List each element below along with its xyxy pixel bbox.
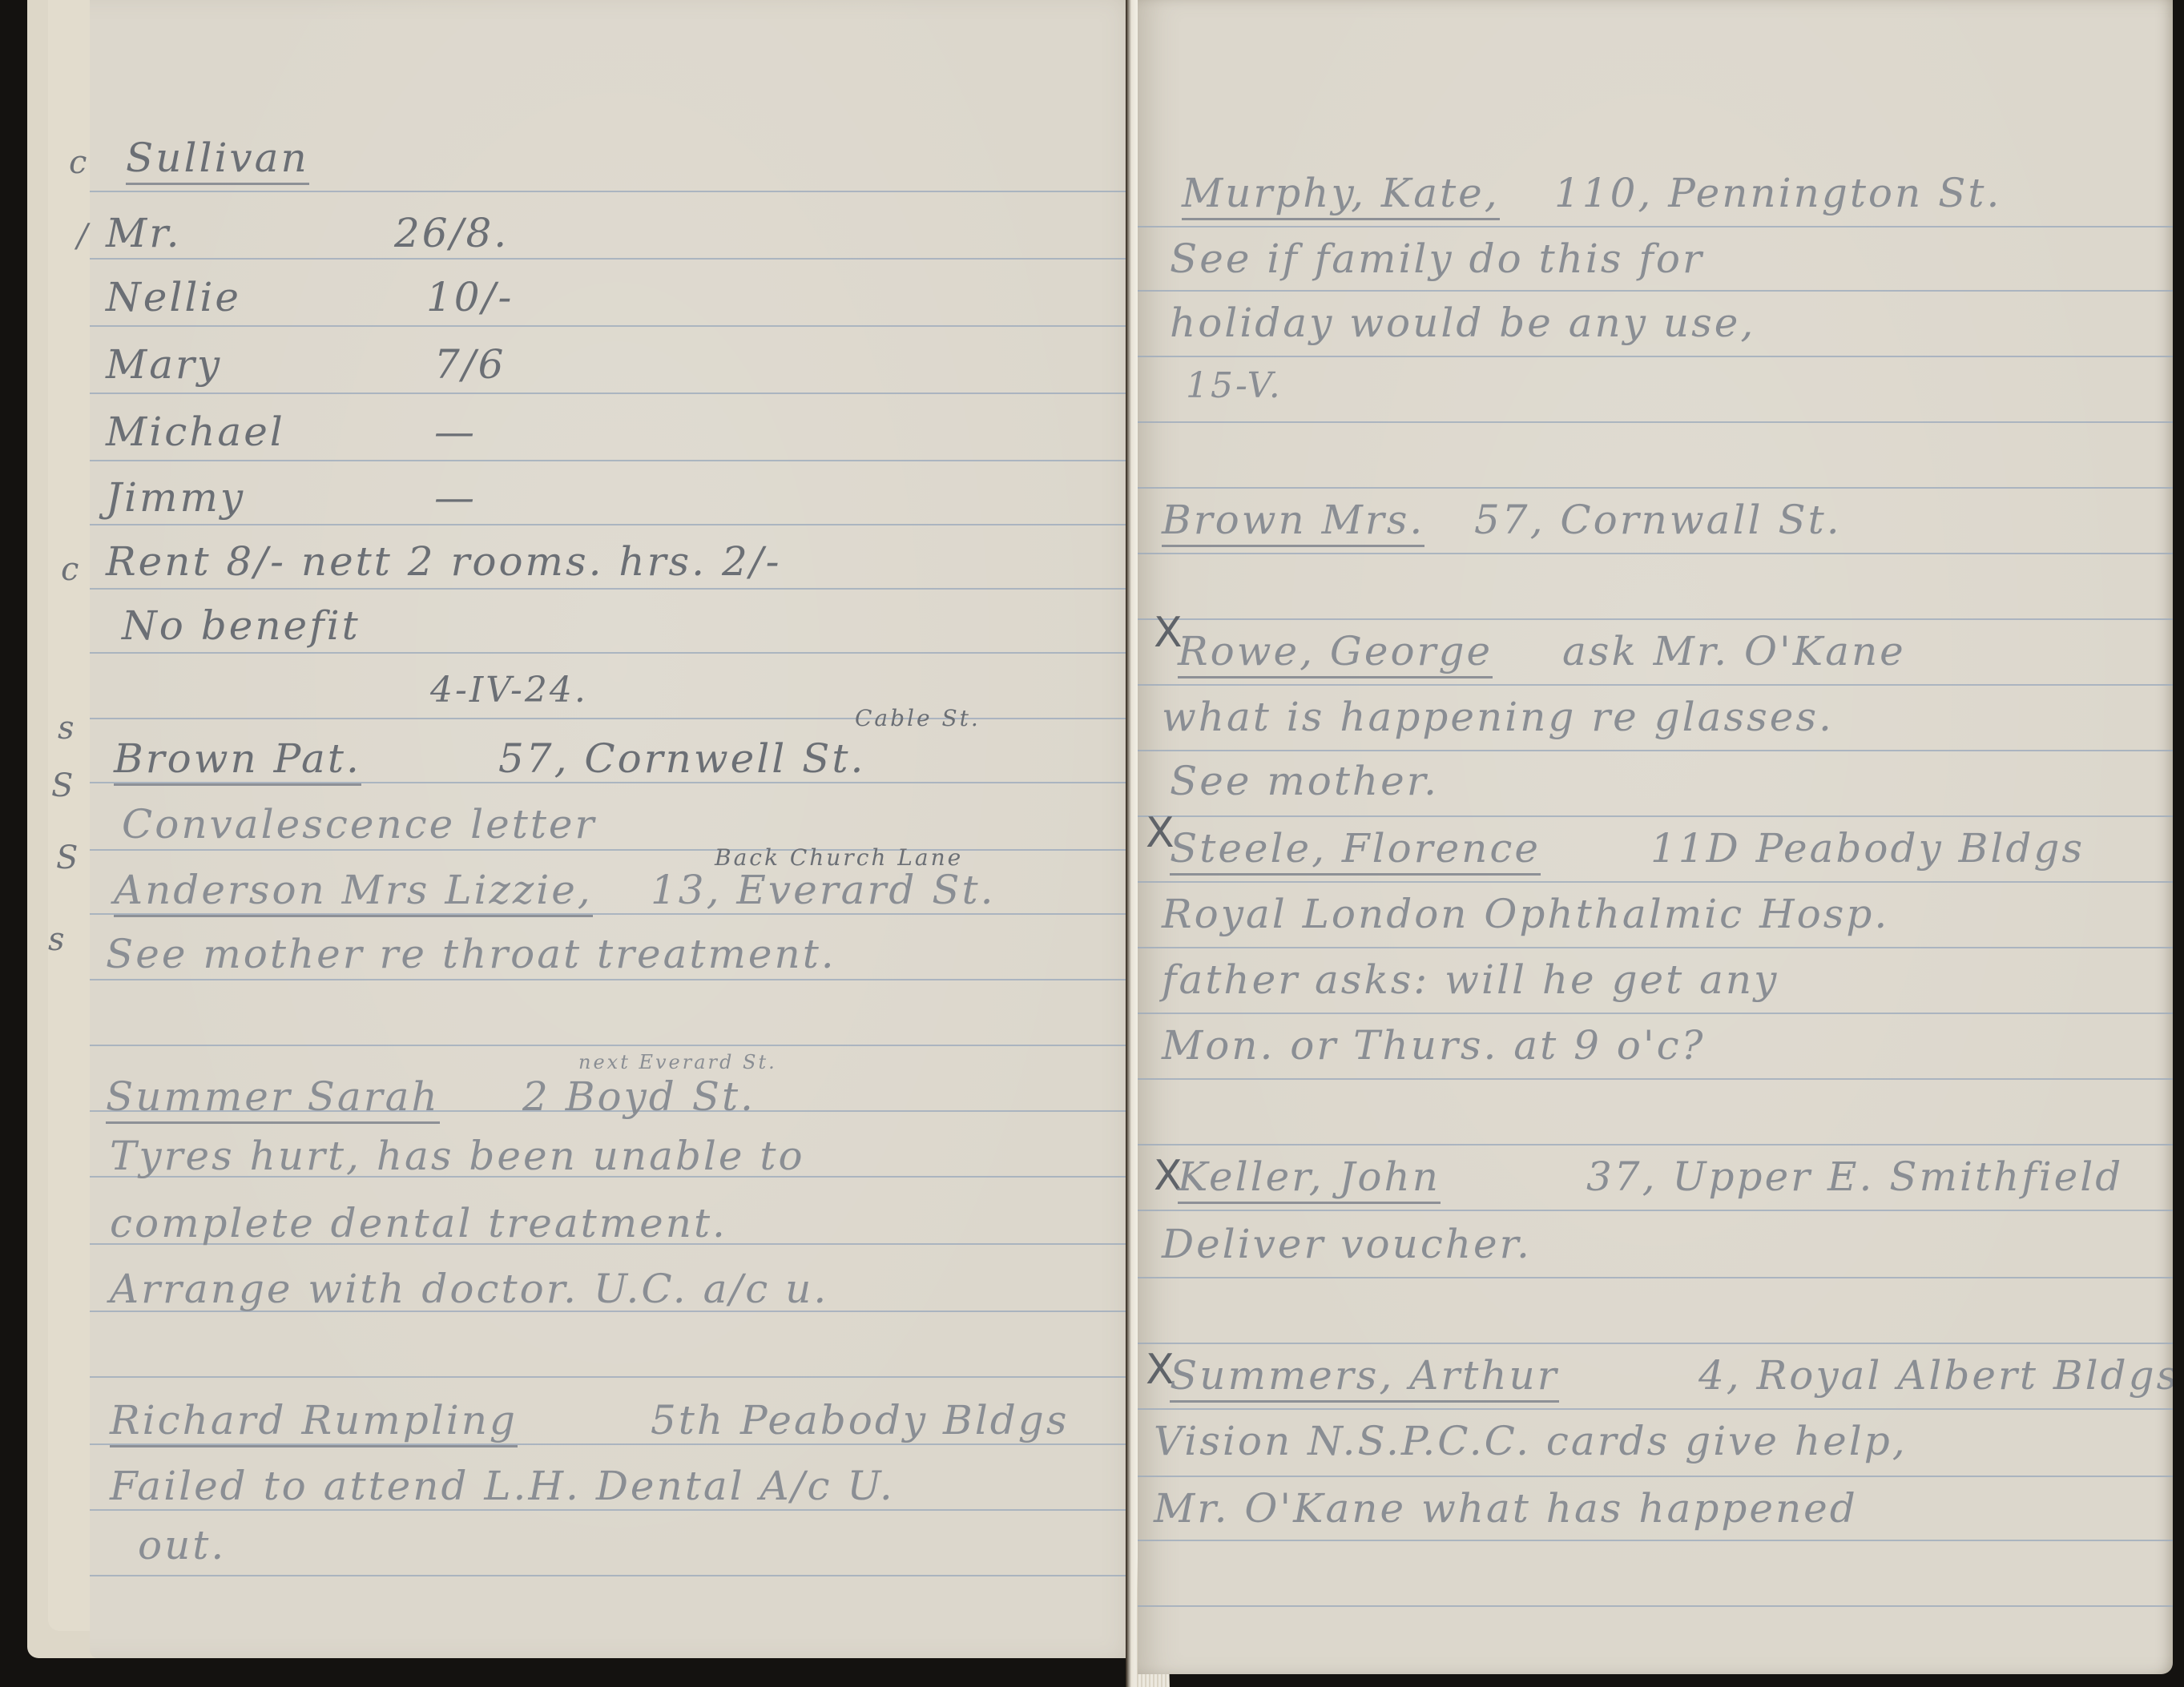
ruled-line (1138, 1540, 2173, 1541)
ruled-line (90, 393, 1146, 394)
margin-mark: / (77, 218, 87, 255)
ruled-line (90, 1045, 1146, 1046)
entry-date: 15-V. (1186, 365, 1283, 406)
entry-note: See if family do this for (1170, 236, 1704, 282)
entry-heading-sullivan: Sullivan (126, 135, 309, 185)
ruled-line (90, 460, 1146, 461)
address-insert: next Everard St. (578, 1051, 777, 1073)
ruled-line (1138, 1210, 2173, 1211)
entry-heading-rowe-george: Rowe, George (1178, 628, 1493, 678)
entry-note: Deliver voucher. (1162, 1221, 1532, 1267)
entry-note: Mon. or Thurs. at 9 o'c? (1162, 1022, 1705, 1069)
entry-note: Mr. O'Kane what has happened (1154, 1485, 1858, 1532)
entry-address: 37, Upper E. Smithfield (1586, 1154, 2123, 1200)
ruled-line (1138, 290, 2173, 292)
entry-note: Failed to attend L.H. Dental A/c U. (110, 1463, 895, 1509)
entry-date: 4-IV-24. (430, 670, 588, 711)
family-member-amount: 10/- (426, 274, 514, 320)
entry-note: Arrange with doctor. U.C. a/c u. (110, 1266, 828, 1312)
entry-address: 11D Peabody Bldgs (1650, 825, 2085, 872)
ruled-line (1138, 1144, 2173, 1145)
entry-address: 13, Everard St. (651, 867, 996, 913)
ruled-line (1138, 1013, 2173, 1014)
rent-note: Rent 8/- nett 2 rooms. hrs. 2/- (106, 538, 782, 585)
entry-note: Tyres hurt, has been unable to (110, 1133, 805, 1179)
ruled-line (90, 588, 1146, 590)
ruled-line (90, 979, 1146, 980)
margin-mark: S (51, 767, 73, 804)
ruled-line (1138, 1078, 2173, 1080)
entry-address: 57, Cornwell St. (498, 735, 865, 782)
entry-heading-brown-pat: Brown Pat. (114, 735, 361, 786)
entry-heading-keller-john: Keller, John (1178, 1154, 1441, 1204)
ruled-line (1138, 1277, 2173, 1278)
entry-note: out. (138, 1522, 226, 1568)
family-member-amount: — (434, 474, 477, 521)
entry-heading-summer-sarah: Summer Sarah (106, 1073, 440, 1124)
entry-heading-anderson: Anderson Mrs Lizzie, (114, 867, 593, 917)
ruled-line (90, 652, 1146, 654)
ruled-line (1138, 553, 2173, 554)
family-member-name: Nellie (106, 274, 241, 320)
ruled-line (90, 524, 1146, 525)
entry-note: complete dental treatment. (110, 1200, 727, 1246)
entry-note: ask Mr. O'Kane (1562, 628, 1906, 674)
ruled-line (90, 1376, 1146, 1378)
ruled-line (90, 849, 1146, 851)
ruled-line (1138, 815, 2173, 817)
family-member-amount: 26/8. (394, 210, 509, 256)
ruled-line (1138, 487, 2173, 489)
ruled-line (1138, 618, 2173, 620)
margin-mark: c (61, 551, 79, 588)
ruled-line (1138, 1343, 2173, 1344)
ruled-line (1138, 356, 2173, 357)
ruled-line (1138, 947, 2173, 948)
ruled-line (90, 1509, 1146, 1511)
family-member-name: Jimmy (106, 474, 245, 521)
entry-heading-steele-florence: Steele, Florence (1170, 825, 1541, 876)
ruled-line (1138, 1476, 2173, 1477)
ruled-line (1138, 1605, 2173, 1607)
margin-mark: c (69, 144, 87, 181)
entry-heading-summers-arthur: Summers, Arthur (1170, 1352, 1559, 1403)
entry-heading-brown-mrs: Brown Mrs. (1162, 497, 1424, 547)
entry-note: Vision N.S.P.C.C. cards give help, (1154, 1418, 1908, 1464)
entry-note: Royal London Ophthalmic Hosp. (1162, 891, 1889, 937)
margin-mark: s (58, 710, 75, 747)
entry-note: what is happening re glasses. (1162, 694, 1834, 740)
family-member-name: Mary (106, 341, 222, 388)
left-page: Sullivan Mr. 26/8. Nellie 10/- Mary 7/6 … (90, 0, 1146, 1658)
family-member-name: Mr. (106, 210, 182, 256)
margin-mark: S (56, 839, 78, 876)
ruled-line (1138, 684, 2173, 686)
family-member-amount: 7/6 (434, 341, 506, 388)
entry-address: 5th Peabody Bldgs (651, 1397, 1069, 1443)
benefit-note: No benefit (122, 602, 361, 649)
ruled-line (90, 258, 1146, 260)
margin-mark: s (48, 921, 65, 958)
ruled-line (90, 718, 1146, 719)
ruled-line (1138, 750, 2173, 751)
ruled-line (90, 191, 1146, 192)
ruled-line (1138, 881, 2173, 883)
entry-address: 4, Royal Albert Bldgs (1698, 1352, 2173, 1399)
entry-address: 2 Boyd St. (522, 1073, 756, 1120)
ruled-line (90, 325, 1146, 327)
entry-note: holiday would be any use, (1170, 300, 1755, 346)
entry-note: father asks: will he get any (1162, 956, 1779, 1003)
ruled-line (90, 1575, 1146, 1576)
ruled-line (1138, 1408, 2173, 1410)
family-member-name: Michael (106, 409, 285, 455)
ruled-line (1138, 421, 2173, 423)
entry-note: See mother. (1170, 758, 1439, 804)
entry-note: See mother re throat treatment. (106, 931, 836, 977)
entry-address: 57, Cornwall St. (1474, 497, 1842, 543)
entry-address: 110, Pennington St. (1554, 170, 2001, 216)
entry-heading-richard-rumpling: Richard Rumpling (110, 1397, 518, 1447)
entry-heading-murphy-kate: Murphy, Kate, (1182, 170, 1500, 220)
entry-note: Convalescence letter (122, 801, 596, 848)
right-page: Murphy, Kate, 110, Pennington St. See if… (1138, 0, 2173, 1674)
address-insert: Cable St. (855, 705, 981, 731)
family-member-amount: — (434, 409, 477, 455)
ruled-line (1138, 226, 2173, 227)
